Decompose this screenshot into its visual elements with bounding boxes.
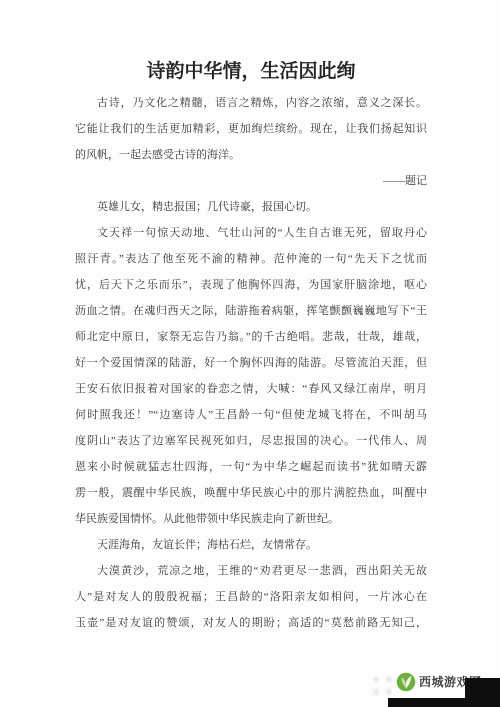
text-line: 照汗青。”表达了他至死不渝的精神。范仲淹的一句“先天下之忧而 [75,246,427,272]
text-line: 古诗，乃文化之精髓，语言之精炼，内容之浓缩，意义之深长。 [75,90,427,116]
watermark-badge: 西城游戏网 [392,664,466,698]
text-line: 度阴山”表达了边塞军民视死如归，尽忠报国的决心。一代伟人、周 [75,428,427,454]
text-line: 师北定中原日，家祭无忘告乃翁。”的千古绝唱。悲哉，壮哉，雄哉， [75,324,427,350]
text-line: 忧，后天下之乐而乐”，表现了他胸怀四海，为国家肝脑涂地，呕心 [75,272,427,298]
text-line: 雳一般，震醒中华民族，唤醒中华民族心中的那片满腔热血，叫醒中 [75,480,427,506]
body-text: 古诗，乃文化之精髓，语言之精炼，内容之浓缩，意义之深长。它能让我们的生活更加精彩… [75,90,427,636]
text-line: 王安石依旧报着对国家的眷恋之情，大喊：“春风又绿江南岸，明月 [75,376,427,402]
text-line: 它能让我们的生活更加精彩，更加绚烂缤纷。现在，让我们扬起知识 [75,116,427,142]
sprout-logo-icon [396,672,416,692]
bottom-black-bar [388,698,500,707]
text-line: 好一个爱国情深的陆游，好一个胸怀四海的陆游。尽管流泊天涯，但 [75,350,427,376]
text-line: 天涯海角，友谊长伴；海枯石烂，友情常存。 [75,532,427,558]
text-line: ——题记 [75,168,427,194]
essay-content: 诗韵中华情，生活因此绚 古诗，乃文化之精髓，语言之精炼，内容之浓缩，意义之深长。… [0,0,500,636]
text-line: 的风帆，一起去感受古诗的海洋。 [75,142,427,168]
page-title: 诗韵中华情，生活因此绚 [75,59,427,85]
text-line: 恩来小时候就猛志壮四海，一句“为中华之崛起而读书”犹如晴天霹 [75,454,427,480]
text-line: 何时照我还！”“边塞诗人”王昌龄一句“但使龙城飞将在，不叫胡马 [75,402,427,428]
document-page: 诗韵中华情，生活因此绚 古诗，乃文化之精髓，语言之精炼，内容之浓缩，意义之深长。… [0,0,500,707]
text-line: 文天祥一句惊天动地、气壮山河的“人生自古谁无死，留取丹心 [75,220,427,246]
text-line: 英雄儿女，精忠报国；几代诗豪，报国心切。 [75,194,427,220]
text-line: 人”是对友人的殷殷祝福；王昌龄的“洛阳亲友如相问，一片冰心在 [75,584,427,610]
text-line: 大漠黄沙，荒凉之地，王维的“劝君更尽一悲酒，西出阳关无故 [75,558,427,584]
text-line: 玉壶”是对友谊的赞颂，对友人的期盼；高适的“莫愁前路无知己， [75,610,427,636]
text-line: 华民族爱国情怀。从此他带领中华民族走向了新世纪。 [75,506,427,532]
text-line: 沥血之情。在魂归西天之际，陆游拖着病躯，挥笔颤颤巍巍地写下“王 [75,298,427,324]
